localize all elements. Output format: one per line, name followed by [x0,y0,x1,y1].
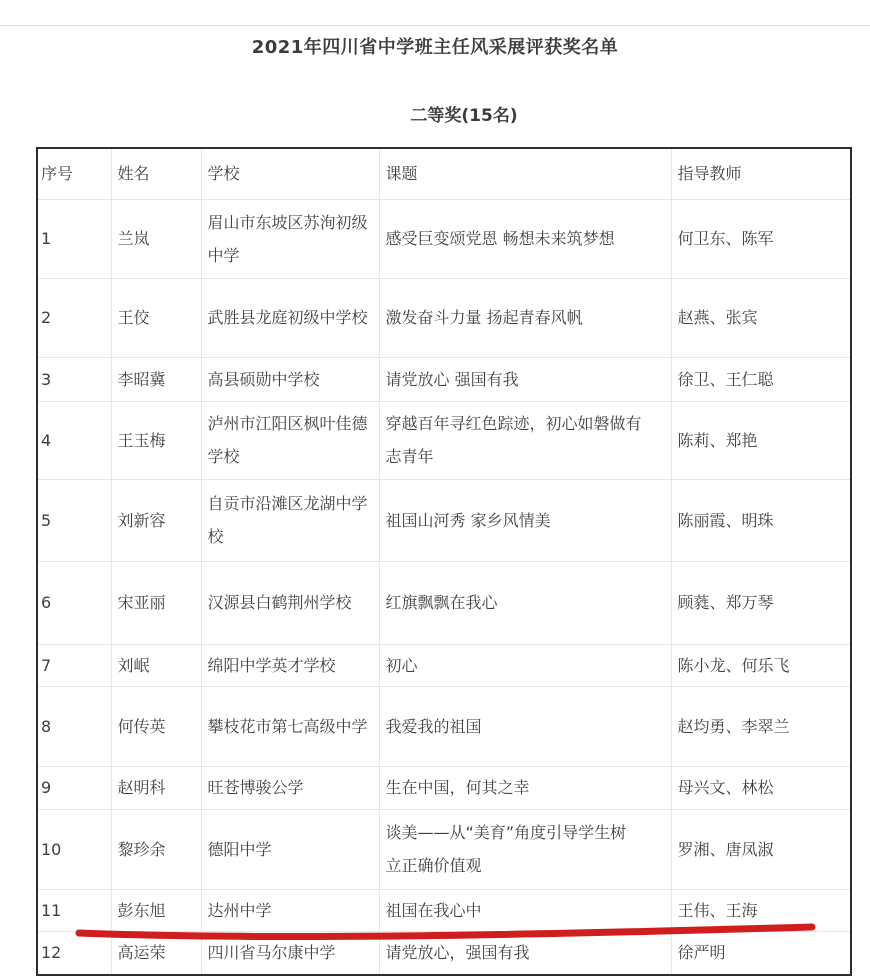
cell-name: 何传英 [111,686,201,766]
cell-text: 何卫东、陈军 [678,222,845,255]
cell-advisors: 王伟、王海 [671,889,851,931]
cell-name: 王玉梅 [111,401,201,479]
cell-name: 王佼 [111,278,201,357]
cell-text: 王伟、王海 [678,894,845,927]
cell-name: 兰岚 [111,199,201,278]
cell-text: 武胜县龙庭初级中学校 [208,301,373,334]
cell-text: 旺苍博骏公学 [208,771,373,804]
cell-advisors: 母兴文、林松 [671,766,851,809]
column-header-no: 序号 [37,148,111,199]
cell-school: 武胜县龙庭初级中学校 [201,278,379,357]
cell-name: 赵明科 [111,766,201,809]
table-row: 9赵明科旺苍博骏公学生在中国，何其之幸母兴文、林松 [37,766,851,809]
cell-no: 8 [37,686,111,766]
cell-school: 眉山市东坡区苏洵初级中学 [201,199,379,278]
cell-text: 王玉梅 [118,424,195,457]
cell-name: 宋亚丽 [111,561,201,644]
cell-advisors: 陈丽霞、明珠 [671,479,851,561]
cell-text: 赵燕、张宾 [678,301,845,334]
cell-no: 7 [37,644,111,686]
cell-name: 刘新容 [111,479,201,561]
cell-text: 高县硕勋中学校 [208,363,373,396]
cell-text: 8 [41,710,105,743]
cell-no: 11 [37,889,111,931]
cell-text: 初心 [386,649,642,682]
cell-text: 刘岷 [118,649,195,682]
column-header-school: 学校 [201,148,379,199]
column-header-advisors: 指导教师 [671,148,851,199]
cell-text: 宋亚丽 [118,586,195,619]
cell-school: 绵阳中学英才学校 [201,644,379,686]
cell-name: 刘岷 [111,644,201,686]
cell-text: 泸州市江阳区枫叶佳德学校 [208,407,373,473]
cell-text: 攀枝花市第七高级中学 [208,710,373,743]
cell-topic: 祖国在我心中 [379,889,671,931]
column-header-name: 姓名 [111,148,201,199]
cell-text: 汉源县白鹤荆州学校 [208,586,373,619]
cell-no: 4 [37,401,111,479]
cell-advisors: 陈小龙、何乐飞 [671,644,851,686]
cell-text: 请党放心 强国有我 [386,363,642,396]
cell-topic: 请党放心，强国有我 [379,931,671,975]
cell-text: 顾蕤、郑万琴 [678,586,845,619]
cell-text: 陈小龙、何乐飞 [678,649,845,682]
cell-text: 5 [41,504,105,537]
cell-text: 何传英 [118,710,195,743]
cell-advisors: 徐严明 [671,931,851,975]
cell-text: 2 [41,301,105,334]
cell-text: 自贡市沿滩区龙湖中学校 [208,487,373,553]
cell-text: 绵阳中学英才学校 [208,649,373,682]
table-row: 10黎珍余德阳中学谈美——从“美育”角度引导学生树立正确价值观罗湘、唐凤淑 [37,809,851,889]
cell-text: 12 [41,936,105,969]
cell-text: 高运荣 [118,936,195,969]
cell-advisors: 赵燕、张宾 [671,278,851,357]
cell-no: 10 [37,809,111,889]
cell-school: 旺苍博骏公学 [201,766,379,809]
table-row: 4王玉梅泸州市江阳区枫叶佳德学校穿越百年寻红色踪迹，初心如磐做有志青年陈莉、郑艳 [37,401,851,479]
cell-advisors: 顾蕤、郑万琴 [671,561,851,644]
awards-table-body: 1兰岚眉山市东坡区苏洵初级中学感受巨变颂党恩 畅想未来筑梦想何卫东、陈军2王佼武… [37,199,851,975]
cell-text: 祖国山河秀 家乡风情美 [386,504,642,537]
cell-text: 彭东旭 [118,894,195,927]
cell-text: 黎珍余 [118,833,195,866]
cell-text: 红旗飘飘在我心 [386,586,642,619]
cell-topic: 祖国山河秀 家乡风情美 [379,479,671,561]
header-row: 序号姓名学校课题指导教师 [37,148,851,199]
cell-topic: 穿越百年寻红色踪迹，初心如磐做有志青年 [379,401,671,479]
cell-text: 3 [41,363,105,396]
table-row: 2王佼武胜县龙庭初级中学校激发奋斗力量 扬起青春风帆赵燕、张宾 [37,278,851,357]
cell-school: 达州中学 [201,889,379,931]
cell-text: 生在中国，何其之幸 [386,771,642,804]
cell-text: 达州中学 [208,894,373,927]
cell-name: 彭东旭 [111,889,201,931]
cell-advisors: 罗湘、唐凤淑 [671,809,851,889]
cell-topic: 生在中国，何其之幸 [379,766,671,809]
cell-school: 德阳中学 [201,809,379,889]
table-row: 5刘新容自贡市沿滩区龙湖中学校祖国山河秀 家乡风情美陈丽霞、明珠 [37,479,851,561]
cell-text: 穿越百年寻红色踪迹，初心如磐做有志青年 [386,407,642,473]
cell-school: 四川省马尔康中学 [201,931,379,975]
cell-topic: 感受巨变颂党恩 畅想未来筑梦想 [379,199,671,278]
cell-topic: 红旗飘飘在我心 [379,561,671,644]
cell-topic: 我爱我的祖国 [379,686,671,766]
awards-table-header: 序号姓名学校课题指导教师 [37,148,851,199]
cell-no: 5 [37,479,111,561]
cell-text: 请党放心，强国有我 [386,936,642,969]
cell-text: 7 [41,649,105,682]
cell-text: 激发奋斗力量 扬起青春风帆 [386,301,642,334]
cell-text: 罗湘、唐凤淑 [678,833,845,866]
top-divider [0,25,870,26]
cell-advisors: 徐卫、王仁聪 [671,357,851,401]
cell-school: 高县硕勋中学校 [201,357,379,401]
cell-text: 赵明科 [118,771,195,804]
cell-text: 1 [41,222,105,255]
table-row: 8何传英攀枝花市第七高级中学我爱我的祖国赵均勇、李翠兰 [37,686,851,766]
cell-text: 兰岚 [118,222,195,255]
cell-text: 眉山市东坡区苏洵初级中学 [208,206,373,272]
cell-text: 母兴文、林松 [678,771,845,804]
cell-advisors: 何卫东、陈军 [671,199,851,278]
cell-advisors: 陈莉、郑艳 [671,401,851,479]
table-row: 11彭东旭达州中学祖国在我心中王伟、王海 [37,889,851,931]
cell-text: 陈莉、郑艳 [678,424,845,457]
cell-no: 9 [37,766,111,809]
cell-name: 黎珍余 [111,809,201,889]
cell-no: 6 [37,561,111,644]
table-row: 1兰岚眉山市东坡区苏洵初级中学感受巨变颂党恩 畅想未来筑梦想何卫东、陈军 [37,199,851,278]
cell-text: 陈丽霞、明珠 [678,504,845,537]
cell-school: 泸州市江阳区枫叶佳德学校 [201,401,379,479]
cell-text: 感受巨变颂党恩 畅想未来筑梦想 [386,222,642,255]
page-title: 2021年四川省中学班主任风采展评获奖名单 [0,33,870,59]
cell-text: 谈美——从“美育”角度引导学生树立正确价值观 [386,816,642,882]
cell-school: 攀枝花市第七高级中学 [201,686,379,766]
cell-text: 6 [41,586,105,619]
cell-text: 我爱我的祖国 [386,710,642,743]
cell-no: 12 [37,931,111,975]
cell-no: 1 [37,199,111,278]
cell-topic: 谈美——从“美育”角度引导学生树立正确价值观 [379,809,671,889]
table-row: 12高运荣四川省马尔康中学请党放心，强国有我徐严明 [37,931,851,975]
cell-text: 赵均勇、李翠兰 [678,710,845,743]
cell-text: 徐卫、王仁聪 [678,363,845,396]
cell-text: 9 [41,771,105,804]
cell-text: 王佼 [118,301,195,334]
cell-topic: 初心 [379,644,671,686]
table-row: 6宋亚丽汉源县白鹤荆州学校红旗飘飘在我心顾蕤、郑万琴 [37,561,851,644]
cell-no: 3 [37,357,111,401]
cell-school: 自贡市沿滩区龙湖中学校 [201,479,379,561]
column-header-topic: 课题 [379,148,671,199]
cell-text: 10 [41,833,105,866]
cell-text: 徐严明 [678,936,845,969]
cell-text: 祖国在我心中 [386,894,642,927]
cell-text: 四川省马尔康中学 [208,936,373,969]
award-tier-heading: 二等奖(15名) [0,101,870,126]
cell-name: 李昭冀 [111,357,201,401]
cell-topic: 激发奋斗力量 扬起青春风帆 [379,278,671,357]
cell-advisors: 赵均勇、李翠兰 [671,686,851,766]
cell-name: 高运荣 [111,931,201,975]
cell-text: 4 [41,424,105,457]
cell-text: 11 [41,894,105,927]
table-row: 3李昭冀高县硕勋中学校请党放心 强国有我徐卫、王仁聪 [37,357,851,401]
awards-table-container: 序号姓名学校课题指导教师 1兰岚眉山市东坡区苏洵初级中学感受巨变颂党恩 畅想未来… [36,147,852,976]
cell-topic: 请党放心 强国有我 [379,357,671,401]
cell-no: 2 [37,278,111,357]
awards-table: 序号姓名学校课题指导教师 1兰岚眉山市东坡区苏洵初级中学感受巨变颂党恩 畅想未来… [36,147,852,976]
cell-text: 李昭冀 [118,363,195,396]
table-row: 7刘岷绵阳中学英才学校初心陈小龙、何乐飞 [37,644,851,686]
cell-school: 汉源县白鹤荆州学校 [201,561,379,644]
cell-text: 刘新容 [118,504,195,537]
cell-text: 德阳中学 [208,833,373,866]
